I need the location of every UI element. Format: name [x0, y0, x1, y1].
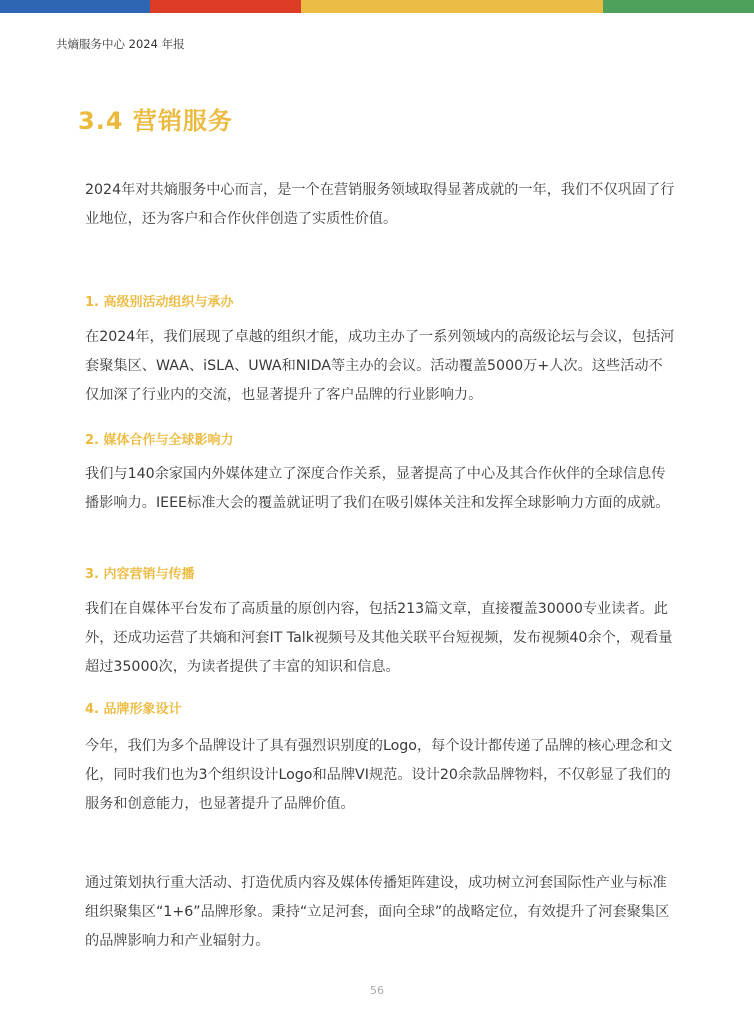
subsection-body-4: 今年，我们为多个品牌设计了具有强烈识别度的Logo，每个设计都传递了品牌的核心理…: [85, 732, 675, 819]
intro-paragraph: 2024年对共熵服务中心而言，是一个在营销服务领域取得显著成就的一年，我们不仅巩…: [85, 176, 675, 234]
color-bar-green: [603, 0, 754, 13]
section-title: 3.4 营销服务: [78, 101, 233, 136]
color-bar: [0, 0, 754, 13]
conclusion-paragraph: 通过策划执行重大活动、打造优质内容及媒体传播矩阵建设，成功树立河套国际性产业与标…: [85, 869, 675, 956]
color-bar-red: [150, 0, 301, 13]
color-bar-blue: [0, 0, 150, 13]
subsection-body-3: 我们在自媒体平台发布了高质量的原创内容，包括213篇文章，直接覆盖30000专业…: [85, 595, 675, 682]
subsection-heading-2: 2. 媒体合作与全球影响力: [85, 429, 234, 448]
subsection-heading-1: 1. 高级别活动组织与承办: [85, 291, 234, 310]
subsection-heading-3: 3. 内容营销与传播: [85, 563, 195, 582]
page-number: 56: [0, 984, 754, 997]
running-header: 共熵服务中心 2024 年报: [56, 36, 185, 52]
subsection-body-2: 我们与140余家国内外媒体建立了深度合作关系，显著提高了中心及其合作伙伴的全球信…: [85, 460, 675, 518]
subsection-body-1: 在2024年，我们展现了卓越的组织才能，成功主办了一系列领域内的高级论坛与会议，…: [85, 323, 675, 410]
color-bar-yellow: [301, 0, 603, 13]
subsection-heading-4: 4. 品牌形象设计: [85, 698, 182, 717]
